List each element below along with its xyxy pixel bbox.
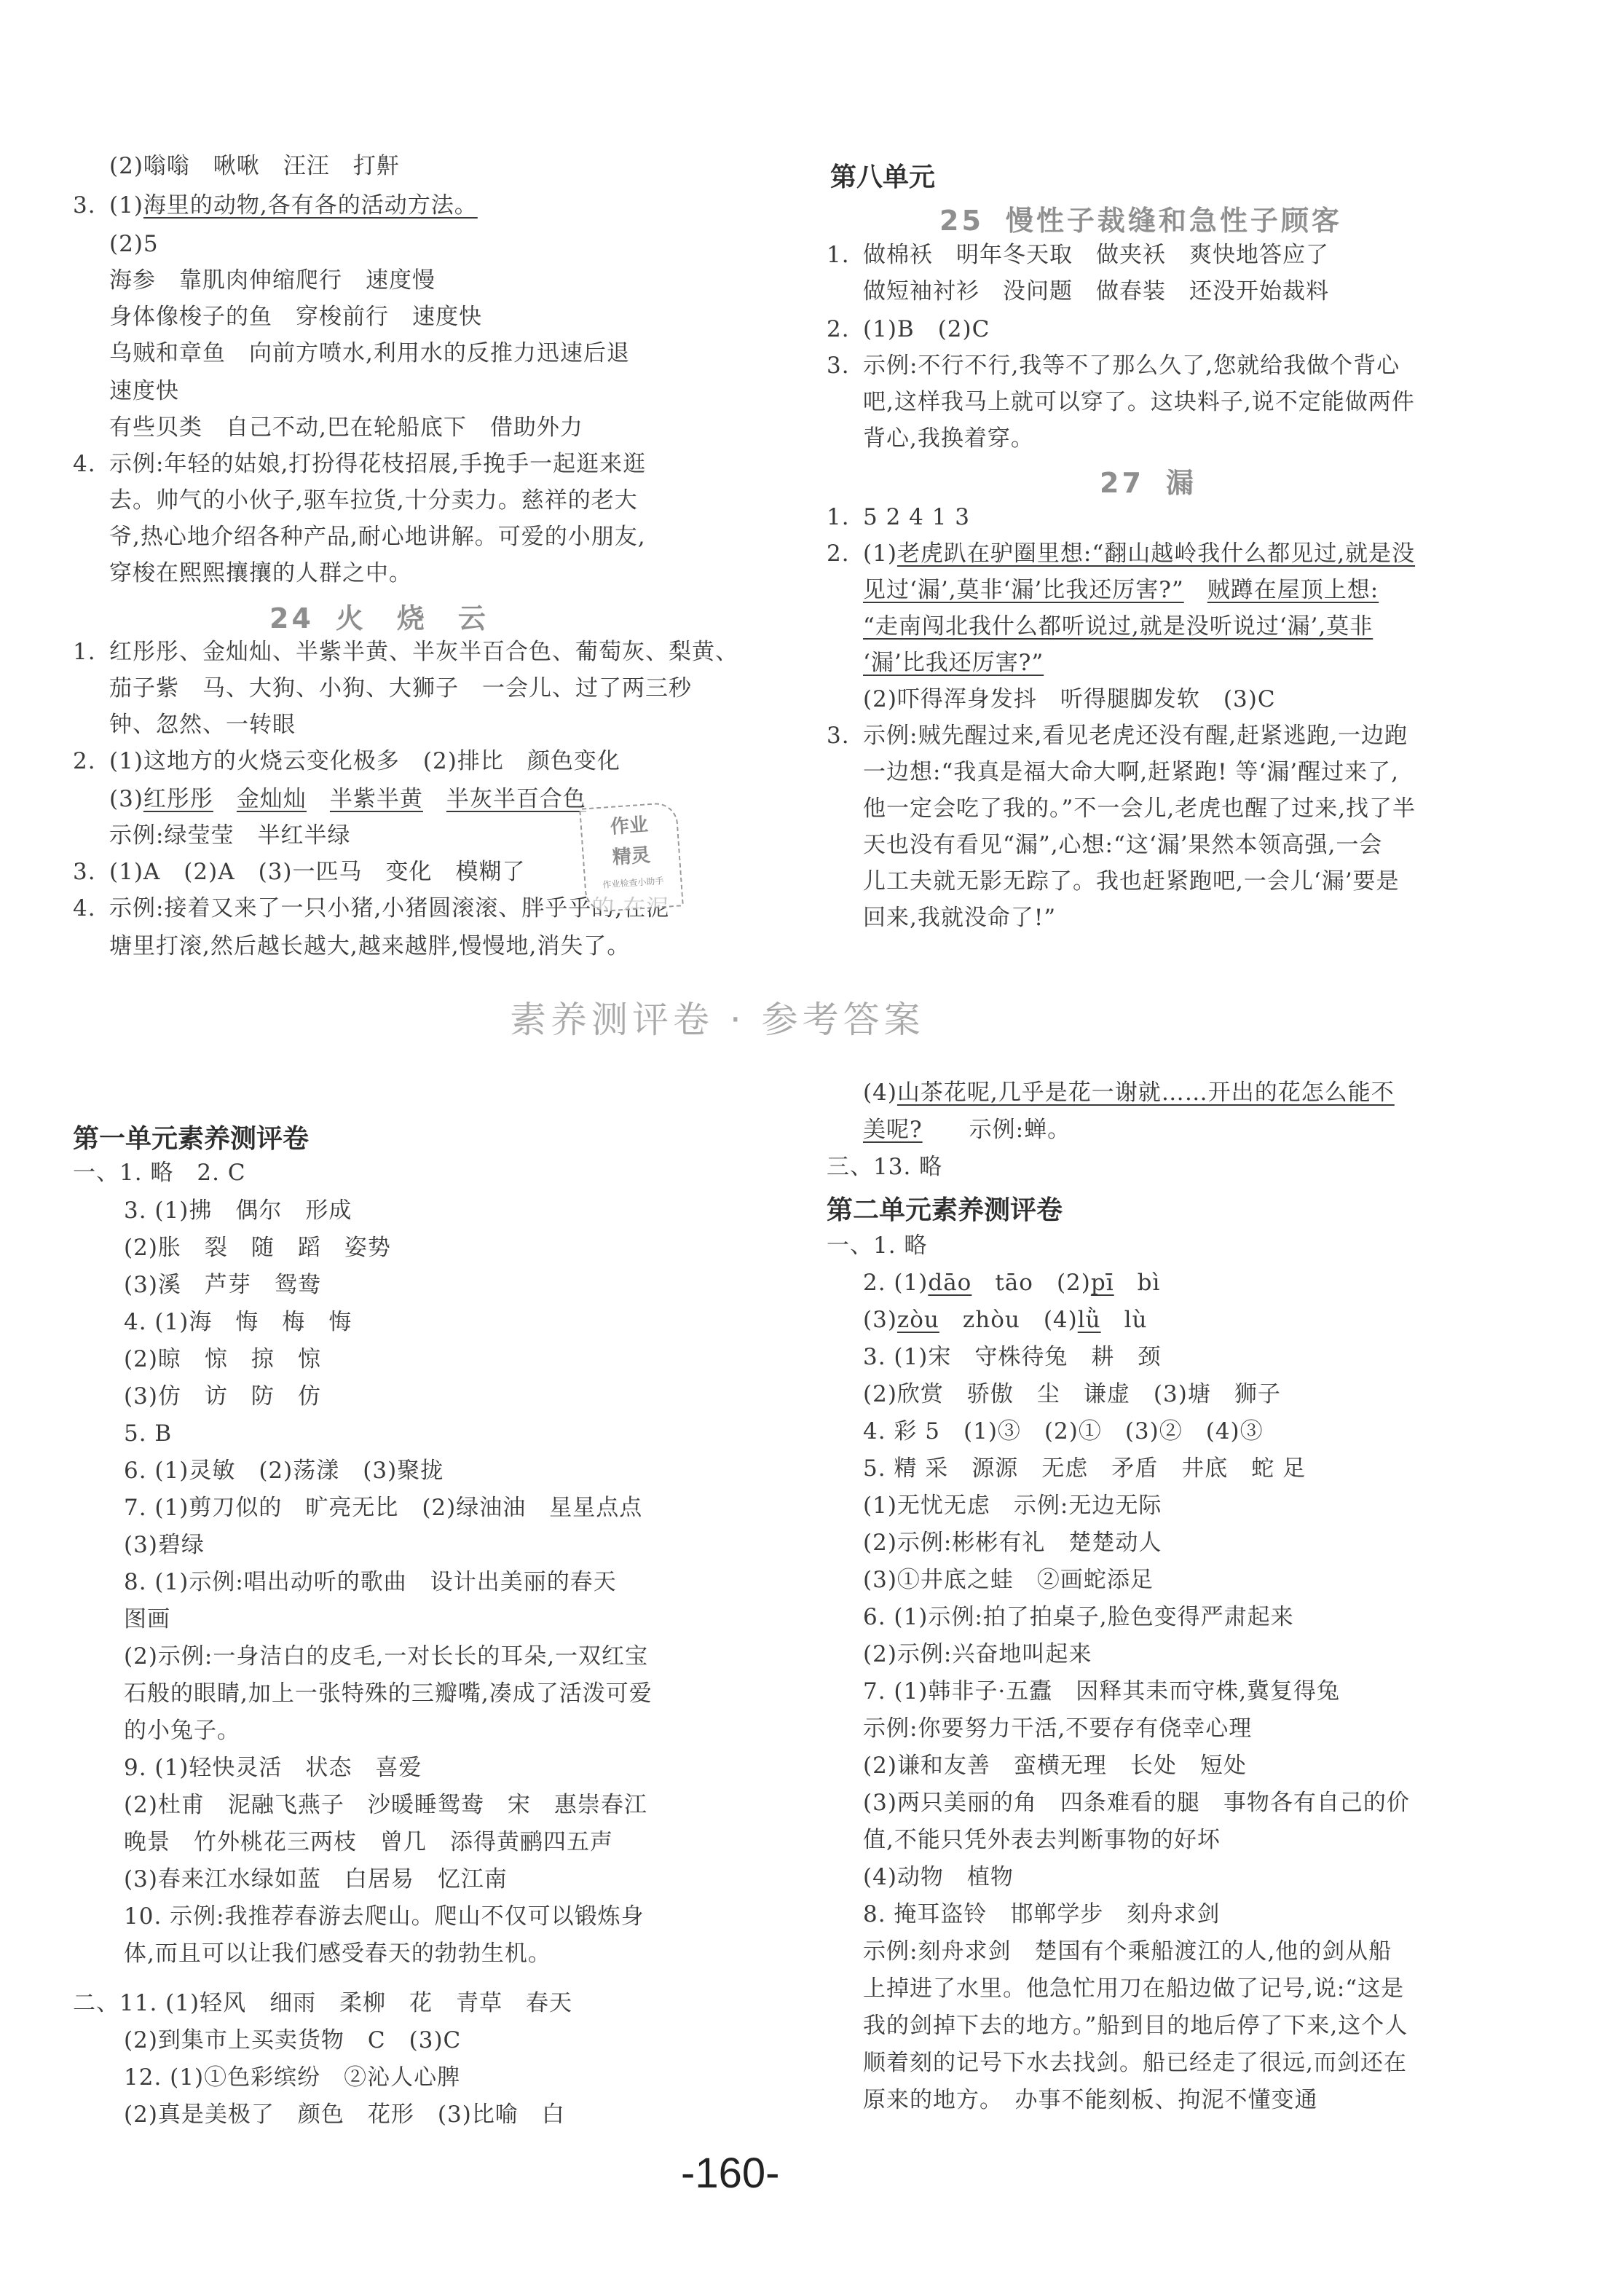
underlined-answer: 贼蹲在屋顶上想: <box>1207 577 1379 603</box>
answer-text: 示例:贼先醒过来,看见老虎还没有醒,赶紧逃跑,一边跑 <box>863 723 1408 749</box>
answer-line: 塘里打滚,然后越长越大,越来越胖,慢慢地,消失了。 <box>109 932 630 961</box>
answer-line: 4.示例:年轻的姑娘,打扮得花枝招展,手挽手一起逛来逛 <box>73 449 646 479</box>
lesson-number: 25 <box>939 205 984 237</box>
answer-line: (3)春来江水绿如蓝 白居易 忆江南 <box>124 1865 508 1894</box>
answer-line: 天也没有看见“漏”,心想:“这‘漏’果然本领高强,一会 <box>863 830 1382 860</box>
sub-label: 2. (1) <box>863 1270 928 1296</box>
answer-line: “走南闯北我什么都听说过,就是没听说过‘漏’,莫非 <box>863 612 1373 641</box>
answer-line: 4.示例:接着又来了一只小猪,小猪圆滚滚、胖乎乎的,在泥 <box>73 894 669 923</box>
question-number: 1. <box>827 240 863 270</box>
pinyin-answer: dāo <box>928 1270 971 1296</box>
answer-line: (3)①井底之蛙 ②画蛇添足 <box>863 1565 1154 1595</box>
answer-line: 茄子紫 马、大狗、小狗、大狮子 一会儿、过了两三秒 <box>109 674 692 703</box>
pinyin-answer: lǜ <box>1078 1307 1101 1333</box>
watermark-stamp: 作业 精灵 作业检查小助手 <box>579 802 684 913</box>
answer-line: 晚景 竹外桃花三两枝 曾几 添得黄鹂四五声 <box>124 1828 613 1857</box>
underlined-answer: 金灿灿 <box>237 786 307 812</box>
answer-line: 3. (1)宋 守株待兔 耕 颈 <box>863 1342 1161 1372</box>
answer-line: 示例:绿莹莹 半红半绿 <box>109 821 350 850</box>
unit-test-heading: 第二单元素养测评卷 <box>827 1190 1063 1227</box>
sub-label: (2) <box>1057 1270 1091 1296</box>
answer-text: 示例:年轻的姑娘,打扮得花枝招展,手挽手一起逛来逛 <box>109 451 646 477</box>
answer-line: (2)欣赏 骄傲 尘 谦虚 (3)塘 狮子 <box>863 1380 1281 1409</box>
answer-line: 7. (1)韩非子·五蠹 因释其耒而守株,冀复得兔 <box>863 1677 1340 1706</box>
answer-line: 做短袖衬衫 没问题 做春装 还没开始裁料 <box>863 277 1329 306</box>
answer-line: 上掉进了水里。他急忙用刀在船边做了记号,说:“这是 <box>863 1974 1404 2003</box>
answer-text: 示例:不行不行,我等不了那么久了,您就给我做个背心 <box>863 353 1400 379</box>
question-number: 3. <box>827 721 863 750</box>
sub-label: (1) <box>109 192 143 219</box>
answer-line: 的小兔子。 <box>124 1716 240 1745</box>
answer-line: 三、13. 略 <box>827 1152 942 1182</box>
answer-line: 吧,这样我马上就可以穿了。这块料子,说不定能做两件 <box>863 388 1415 417</box>
answer-line: 2.(1)这地方的火烧云变化极多 (2)排比 颜色变化 <box>73 747 620 776</box>
underlined-answer: 半灰半百合色 <box>446 786 586 812</box>
sub-label: (4) <box>863 1080 897 1106</box>
answer-line: 7. (1)剪刀似的 旷亮无比 (2)绿油油 星星点点 <box>124 1493 642 1522</box>
answer-line: (2)胀 裂 随 蹈 姿势 <box>124 1233 391 1262</box>
answer-text: (1)A (2)A (3)一匹马 变化 模糊了 <box>109 859 526 885</box>
answer-line: 1.5 2 4 1 3 <box>827 503 970 532</box>
answer-line: 身体像梭子的鱼 穿梭前行 速度快 <box>109 302 482 331</box>
answer-line: (2)真是美极了 颜色 花形 (3)比喻 白 <box>124 2100 565 2129</box>
answer-line: 1.做棉袄 明年冬天取 做夹袄 爽快地答应了 <box>827 240 1329 270</box>
answer-line: 示例:你要努力干活,不要存有侥幸心理 <box>863 1714 1252 1743</box>
sub-label: (3) <box>109 786 143 812</box>
answer-line: 3.(1)A (2)A (3)一匹马 变化 模糊了 <box>73 857 526 886</box>
answer-line: 儿工夫就无影无踪了。我也赶紧跑吧,一会儿‘漏’要是 <box>863 867 1400 896</box>
pinyin-answer: bì <box>1138 1270 1161 1296</box>
stamp-line: 作业检查小助手 <box>586 873 681 892</box>
unit-heading: 第八单元 <box>830 157 935 194</box>
answer-line: 6. (1)示例:拍了拍桌子,脸色变得严肃起来 <box>863 1603 1294 1632</box>
question-number: 2. <box>73 747 109 776</box>
pinyin-answer: zòu <box>897 1307 939 1333</box>
answer-line: 一、1. 略 <box>827 1231 927 1260</box>
answer-line: (2)5 <box>109 229 159 259</box>
answer-line: (3)溪 芦芽 鸳鸯 <box>124 1270 321 1300</box>
underlined-answer: 老虎趴在驴圈里想:“翻山越岭我什么都见过,就是没 <box>897 540 1415 567</box>
answer-line: 1.红彤彤、金灿灿、半紫半黄、半灰半百合色、葡萄灰、梨黄、 <box>73 637 738 667</box>
answer-line: 海参 靠肌肉伸缩爬行 速度慢 <box>109 266 435 295</box>
answer-line: (4)动物 植物 <box>863 1863 1014 1892</box>
answer-line: 4. (1)海 悔 梅 悔 <box>124 1308 352 1337</box>
question-number: 3. <box>73 857 109 886</box>
pinyin-answer: pī <box>1091 1270 1114 1296</box>
sub-label: (4) <box>1044 1307 1078 1333</box>
answer-line: (2)示例:彬彬有礼 楚楚动人 <box>863 1528 1162 1557</box>
lesson-title: 25慢性子裁缝和急性子顾客 <box>939 198 1342 238</box>
answer-line: 一、1. 略 2. C <box>73 1158 246 1187</box>
underlined-answer: 红彤彤 <box>143 786 213 812</box>
answer-line: 见过‘漏’,莫非‘漏’比我还厉害?” 贼蹲在屋顶上想: <box>863 575 1379 605</box>
question-number: 2. <box>827 315 863 344</box>
answer-line: (4)山茶花呢,几乎是花一谢就……开出的花怎么能不 <box>863 1078 1395 1107</box>
page-number: -160- <box>681 2149 779 2198</box>
answer-line: 原来的地方。 办事不能刻板、拘泥不懂变通 <box>863 2085 1318 2115</box>
unit-test-heading: 第一单元素养测评卷 <box>73 1118 309 1155</box>
underlined-answer: “走南闯北我什么都听说过,就是没听说过‘漏’,莫非 <box>863 613 1373 640</box>
question-number: 2. <box>827 539 863 568</box>
pinyin-answer: tāo <box>995 1270 1033 1296</box>
answer-line: 回来,我就没命了!” <box>863 903 1056 932</box>
stamp-line: 作业 <box>581 812 677 841</box>
answer-text: (1)B (2)C <box>863 316 990 342</box>
answer-line: 5. B <box>124 1419 172 1448</box>
lesson-name: 慢性子裁缝和急性子顾客 <box>1006 205 1342 237</box>
underlined-answer: ‘漏’比我还厉害?” <box>863 650 1044 676</box>
answer-line: 6. (1)灵敏 (2)荡漾 (3)聚拢 <box>124 1456 444 1485</box>
answer-line: 他一定会吃了我的。”不一会儿,老虎也醒了过来,找了半 <box>863 794 1416 823</box>
answer-line: 爷,热心地介绍各种产品,耐心地讲解。可爱的小朋友, <box>109 522 646 551</box>
answer-line: 穿梭在熙熙攘攘的人群之中。 <box>109 559 412 588</box>
answer-line: 3.示例:不行不行,我等不了那么久了,您就给我做个背心 <box>827 351 1400 380</box>
answer-line: 2.(1)老虎趴在驴圈里想:“翻山越岭我什么都见过,就是没 <box>827 539 1415 568</box>
answer-line: 石般的眼睛,加上一张特殊的三瓣嘴,凑成了活泼可爱 <box>124 1679 653 1708</box>
answer-line: 8. 掩耳盗铃 邯郸学步 刻舟求剑 <box>863 1900 1220 1929</box>
answer-line: (2)晾 惊 掠 惊 <box>124 1345 321 1374</box>
answer-line: 9. (1)轻快灵活 状态 喜爱 <box>124 1753 422 1782</box>
question-number: 1. <box>73 637 109 667</box>
question-number: 3. <box>827 351 863 380</box>
answer-line: 速度快 <box>109 377 179 406</box>
pinyin-answer: zhòu <box>963 1307 1020 1333</box>
answer-line: 乌贼和章鱼 向前方喷水,利用水的反推力迅速后退 <box>109 339 630 368</box>
underlined-answer: 山茶花呢,几乎是花一谢就……开出的花怎么能不 <box>897 1080 1395 1106</box>
answer-line: (2)杜甫 泥融飞燕子 沙暖睡鸳鸯 宋 惠崇春江 <box>124 1790 647 1820</box>
answer-line: 2. (1)dāo tāo (2)pī bì <box>863 1268 1160 1297</box>
answer-line: (3)仿 访 防 仿 <box>124 1382 321 1411</box>
answer-line: 背心,我换着穿。 <box>863 424 1034 453</box>
answer-line: 美呢? 示例:蝉。 <box>863 1115 1071 1144</box>
answer-line: (2)到集市上买卖货物 C (3)C <box>124 2026 461 2055</box>
answer-line: 钟、忽然、一转眼 <box>109 710 296 739</box>
answer-line: (2)谦和友善 蛮横无理 长处 短处 <box>863 1751 1247 1780</box>
answer-line: (2)嗡嗡 啾啾 汪汪 打鼾 <box>109 152 400 181</box>
answer-text: (1)这地方的火烧云变化极多 (2)排比 颜色变化 <box>109 748 620 774</box>
answer-line: 3. (1)拂 偶尔 形成 <box>124 1196 352 1225</box>
answer-text: 做棉袄 明年冬天取 做夹袄 爽快地答应了 <box>863 242 1329 268</box>
lesson-name: 火 烧 云 <box>336 602 489 634</box>
lesson-title: 24火 烧 云 <box>269 596 489 636</box>
answer-line: 4. 彩 5 (1)③ (2)① (3)② (4)③ <box>863 1417 1264 1446</box>
pinyin-answer: lù <box>1124 1307 1148 1333</box>
answer-text: 5 2 4 1 3 <box>863 504 970 530</box>
answer-line: 2.(1)B (2)C <box>827 315 990 344</box>
answer-text: 示例:蝉。 <box>969 1117 1071 1143</box>
answer-text: 红彤彤、金灿灿、半紫半黄、半灰半百合色、葡萄灰、梨黄、 <box>109 639 738 665</box>
question-number: 3. <box>73 191 109 220</box>
underlined-answer: 半紫半黄 <box>330 786 423 812</box>
lesson-title: 27漏 <box>1100 460 1197 500</box>
answer-text: 示例:接着又来了一只小猪,小猪圆滚滚、胖乎乎的,在泥 <box>109 895 669 921</box>
section-banner: 素养测评卷 · 参考答案 <box>510 991 925 1043</box>
answer-line: 值,不能只凭外表去判断事物的好坏 <box>863 1825 1221 1855</box>
answer-line: 一边想:“我真是福大命大啊,赶紧跑! 等‘漏’醒过来了, <box>863 758 1399 787</box>
answer-line: 10. 示例:我推荐春游去爬山。爬山不仅可以锻炼身 <box>124 1902 645 1931</box>
answer-line: (2)示例:兴奋地叫起来 <box>863 1640 1092 1669</box>
answer-line: (1)无忧无虑 示例:无边无际 <box>863 1491 1162 1520</box>
answer-line: 二、11. (1)轻风 细雨 柔柳 花 青草 春天 <box>73 1989 572 2018</box>
answer-line: (3)碧绿 <box>124 1530 205 1560</box>
answer-line: 顺着刻的记号下水去找剑。船已经走了很远,而剑还在 <box>863 2048 1407 2077</box>
answer-line: 有些贝类 自己不动,巴在轮船底下 借助外力 <box>109 413 583 442</box>
answer-line: ‘漏’比我还厉害?” <box>863 648 1044 677</box>
stamp-line: 精灵 <box>583 843 679 871</box>
question-number: 1. <box>827 503 863 532</box>
question-number: 4. <box>73 449 109 479</box>
answer-line: 3.示例:贼先醒过来,看见老虎还没有醒,赶紧逃跑,一边跑 <box>827 721 1408 750</box>
answer-line: 去。帅气的小伙子,驱车拉货,十分卖力。慈祥的老大 <box>109 486 638 515</box>
sub-label: (3) <box>863 1307 897 1333</box>
answer-line: 8. (1)示例:唱出动听的歌曲 设计出美丽的春天 <box>124 1568 617 1597</box>
sub-label: (1) <box>863 540 897 567</box>
lesson-name: 漏 <box>1166 467 1197 499</box>
answer-line: 我的剑掉下去的地方。”船到目的地后停了下来,这个人 <box>863 2011 1408 2040</box>
answer-line: (3)两只美丽的角 四条难看的腿 事物各有自己的价 <box>863 1788 1410 1817</box>
answer-line: (3)zòu zhòu (4)lǜ lù <box>863 1305 1148 1334</box>
answer-line: (2)示例:一身洁白的皮毛,一对长长的耳朵,一双红宝 <box>124 1642 648 1671</box>
answer-line: 图画 <box>124 1605 170 1634</box>
answer-line: 12. (1)①色彩缤纷 ②沁人心脾 <box>124 2063 460 2092</box>
answer-line: 5. 精 采 源源 无虑 矛盾 井底 蛇 足 <box>863 1454 1306 1483</box>
question-number: 4. <box>73 894 109 923</box>
answer-line: 体,而且可以让我们感受春天的勃勃生机。 <box>124 1939 551 1968</box>
lesson-number: 24 <box>269 602 314 634</box>
answer-line: (3)红彤彤 金灿灿 半紫半黄 半灰半百合色 <box>109 785 586 814</box>
underlined-answer: 美呢? <box>863 1117 923 1143</box>
underlined-answer: 见过‘漏’,莫非‘漏’比我还厉害?” <box>863 577 1184 603</box>
underlined-answer: 海里的动物,各有各的活动方法。 <box>143 192 478 219</box>
answer-line: 3.(1)海里的动物,各有各的活动方法。 <box>73 191 478 220</box>
lesson-number: 27 <box>1100 467 1144 499</box>
answer-line: 示例:刻舟求剑 楚国有个乘船渡江的人,他的剑从船 <box>863 1937 1392 1966</box>
answer-line: (2)吓得浑身发抖 听得腿脚发软 (3)C <box>863 685 1276 714</box>
